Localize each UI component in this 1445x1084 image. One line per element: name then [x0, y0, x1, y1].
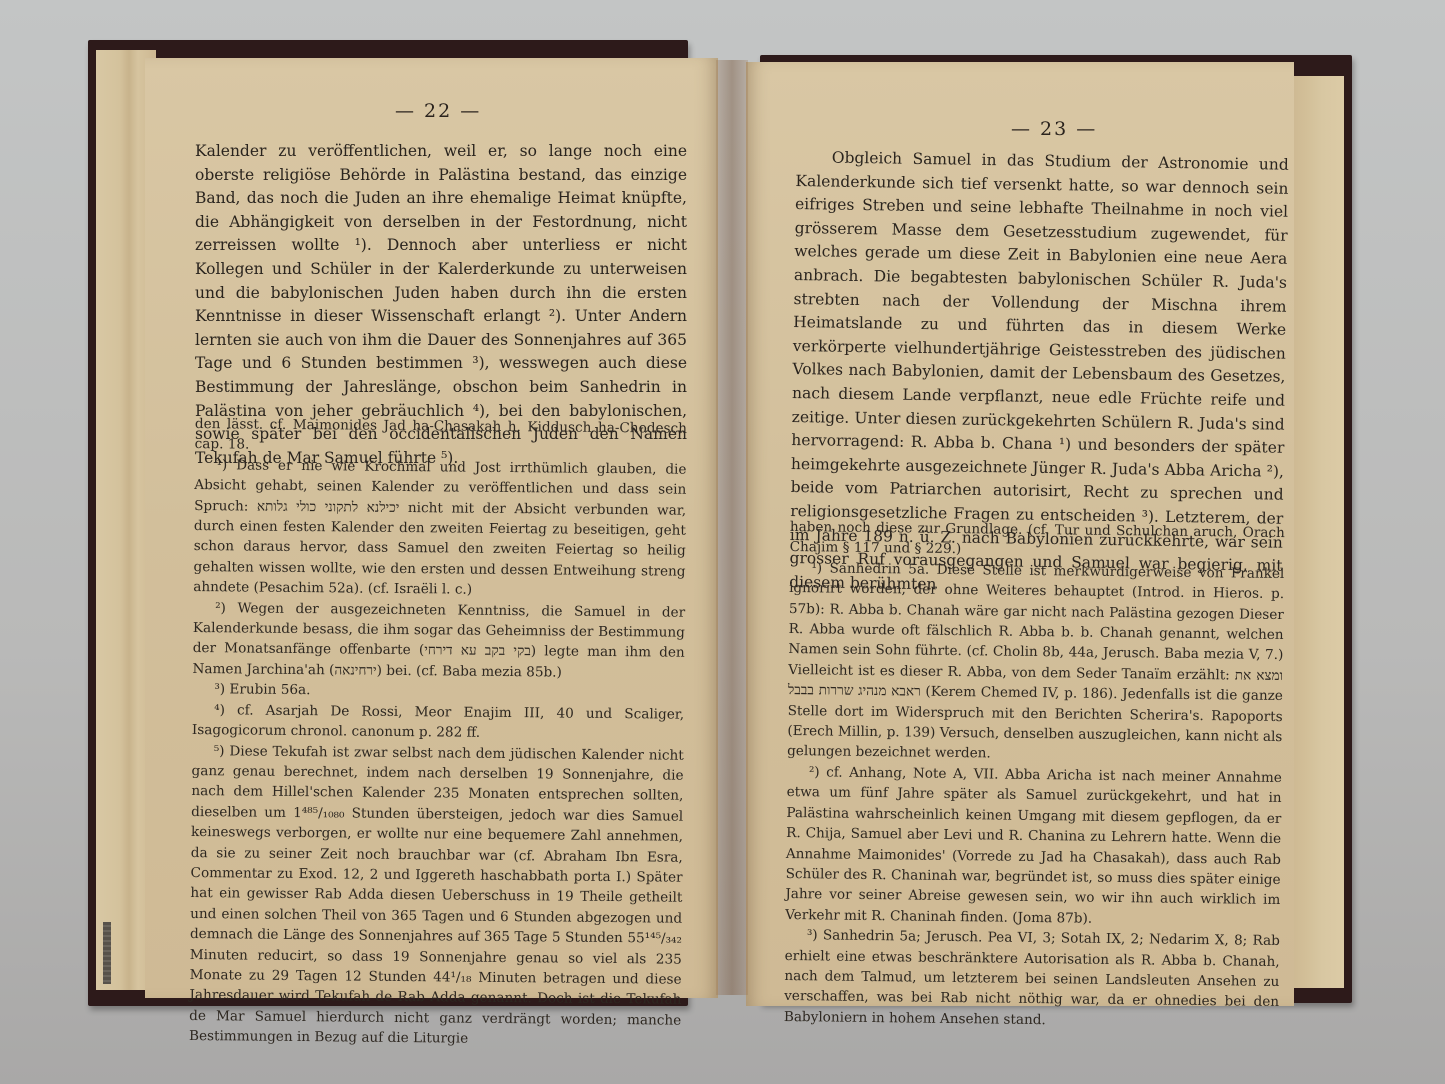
footnotes: den lässt. cf. Maimonides Jad ha-Chasaka…	[189, 414, 687, 1051]
footnote-3: ³) Sanhedrin 5a; Jerusch. Pea VI, 3; Sot…	[784, 925, 1280, 1033]
page-number: — 23 —	[1011, 118, 1097, 140]
left-page: — 22 — Kalender zu veröffentlichen, weil…	[145, 58, 718, 998]
right-page: — 23 — Obgleich Samuel in das Studium de…	[746, 62, 1294, 1006]
footnote-2: ²) cf. Anhang, Note A, VII. Abba Aricha …	[785, 762, 1282, 931]
ribbon-marker	[103, 922, 111, 984]
footnote-continuation: haben noch diese zur Grundlage. (cf. Tur…	[790, 517, 1285, 564]
footnote-1: ¹) Sanhedrin 5a. Diese Stelle ist merkwü…	[787, 558, 1284, 768]
book-gutter	[716, 60, 748, 995]
footnote-continuation: den lässt. cf. Maimonides Jad ha-Chasaka…	[195, 414, 687, 460]
footnote-1: ¹) Dass er nie wie Krochmal und Jost irr…	[193, 455, 686, 603]
footnote-4: ⁴) cf. Asarjah De Rossi, Meor Enajim III…	[192, 700, 684, 746]
page-number: — 22 —	[395, 100, 481, 122]
footnotes: haben noch diese zur Grundlage. (cf. Tur…	[784, 517, 1285, 1033]
footnote-5: ⁵) Diese Tekufah ist zwar selbst nach de…	[189, 740, 684, 1051]
page-edges-right	[1290, 76, 1344, 988]
footnote-2: ²) Wegen der ausgezeichneten Kenntniss, …	[192, 598, 685, 684]
